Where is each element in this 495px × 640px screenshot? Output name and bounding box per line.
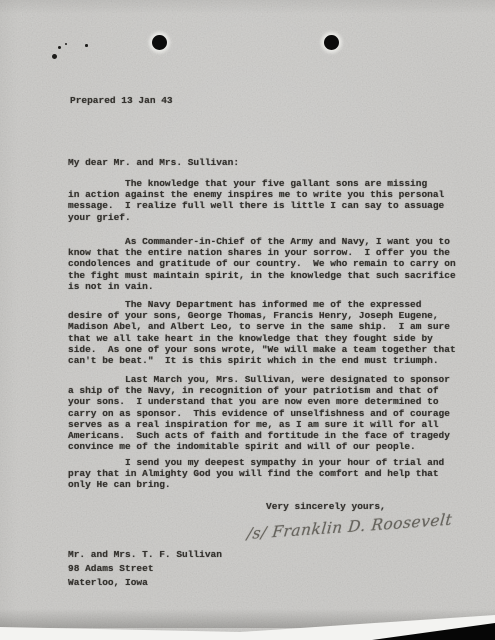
letter-page: Prepared 13 Jan 43 My dear Mr. and Mrs. … xyxy=(0,0,495,640)
letter-paragraph: As Commander-in-Chief of the Army and Na… xyxy=(68,236,456,292)
prepared-date-line: Prepared 13 Jan 43 xyxy=(70,95,173,106)
letter-paragraph: The knowledge that your five gallant son… xyxy=(68,178,444,223)
hole-punch-right-icon xyxy=(324,35,339,50)
ink-speckle xyxy=(65,43,67,45)
ink-speckle xyxy=(58,46,61,49)
letter-paragraph: I send you my deepest sympathy in your h… xyxy=(68,457,444,491)
hole-punch-left-icon xyxy=(152,35,167,50)
salutation-line: My dear Mr. and Mrs. Sullivan: xyxy=(68,157,239,168)
closing-line: Very sincerely yours, xyxy=(266,501,386,512)
ink-speckle xyxy=(85,44,88,47)
signature-handwritten: /s/ Franklin D. Roosevelt xyxy=(246,511,453,544)
letter-paragraph: Last March you, Mrs. Sullivan, were desi… xyxy=(68,374,450,452)
recipient-address-block: Mr. and Mrs. T. F. Sullivan 98 Adams Str… xyxy=(68,548,222,589)
ink-speckle xyxy=(52,54,57,59)
letter-paragraph: The Navy Department has informed me of t… xyxy=(68,299,456,366)
